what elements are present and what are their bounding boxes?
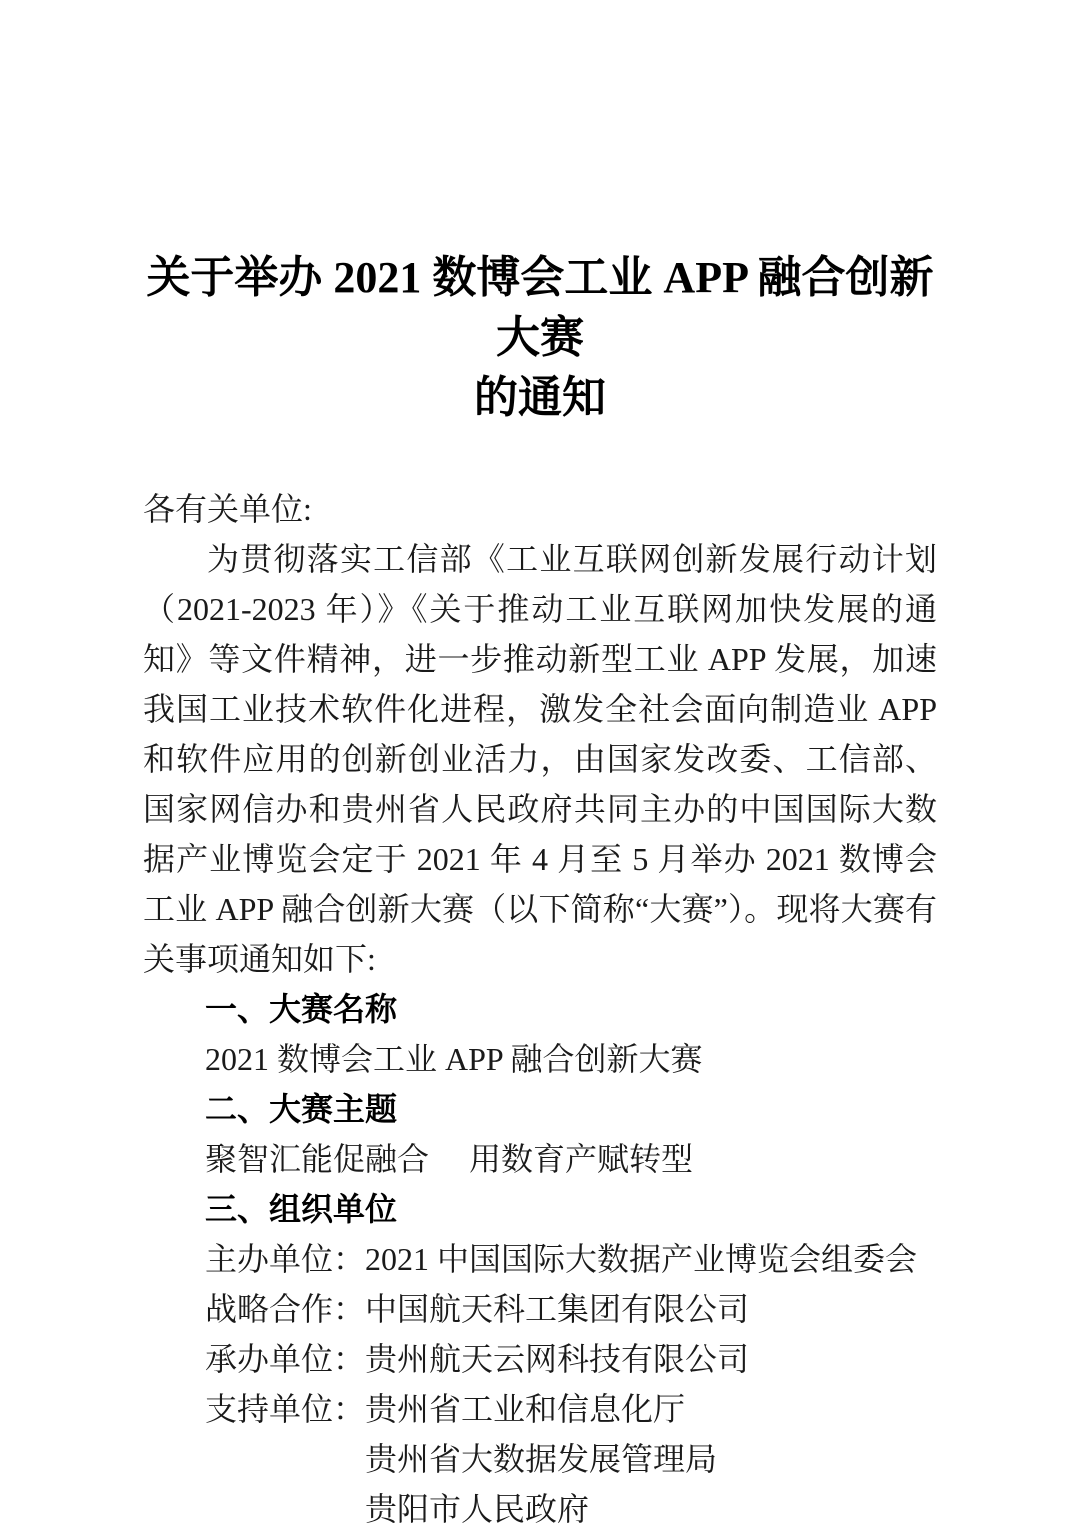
title-line-1: 关于举办 2021 数博会工业 APP 融合创新大赛 — [143, 248, 937, 368]
organizer-row-host: 主办单位： 2021 中国国际大数据产业博览会组委会 — [143, 1234, 937, 1284]
intro-paragraph: 为贯彻落实工信部《工业互联网创新发展行动计划（2021-2023 年）》《关于推… — [143, 534, 937, 984]
section-2-heading: 二、大赛主题 — [143, 1084, 937, 1134]
organizer-row-strategic: 战略合作： 中国航天科工集团有限公司 — [143, 1284, 937, 1334]
organizer-label: 战略合作： — [205, 1284, 365, 1334]
organizer-label: 承办单位： — [205, 1334, 365, 1384]
organizer-row-support-1: 支持单位： 贵州省工业和信息化厅 — [143, 1384, 937, 1434]
document-title: 关于举办 2021 数博会工业 APP 融合创新大赛 的通知 — [143, 248, 937, 428]
organizer-value: 贵州省工业和信息化厅 — [365, 1384, 937, 1434]
section-2-content: 聚智汇能促融合 用数育产赋转型 — [143, 1134, 937, 1184]
document-body: 各有关单位: 为贯彻落实工信部《工业互联网创新发展行动计划（2021-2023 … — [143, 484, 937, 1527]
section-1-heading: 一、大赛名称 — [143, 984, 937, 1034]
organizer-row-support-3: 贵阳市人民政府 — [143, 1484, 937, 1527]
organizer-label: 主办单位： — [205, 1234, 365, 1284]
organizer-label: 支持单位： — [205, 1384, 365, 1434]
organizer-value: 贵阳市人民政府 — [365, 1484, 937, 1527]
organizer-value: 2021 中国国际大数据产业博览会组委会 — [365, 1234, 937, 1284]
section-3-heading: 三、组织单位 — [143, 1184, 937, 1234]
organizer-row-undertaker: 承办单位： 贵州航天云网科技有限公司 — [143, 1334, 937, 1384]
section-1-content: 2021 数博会工业 APP 融合创新大赛 — [143, 1034, 937, 1084]
organizer-value: 贵州省大数据发展管理局 — [365, 1434, 937, 1484]
document-page: 关于举办 2021 数博会工业 APP 融合创新大赛 的通知 各有关单位: 为贯… — [0, 0, 1080, 1527]
organizer-label — [205, 1434, 365, 1484]
organizer-value: 贵州航天云网科技有限公司 — [365, 1334, 937, 1384]
title-line-2: 的通知 — [143, 368, 937, 428]
organizer-label — [205, 1484, 365, 1527]
organizer-value: 中国航天科工集团有限公司 — [365, 1284, 937, 1334]
organizer-row-support-2: 贵州省大数据发展管理局 — [143, 1434, 937, 1484]
salutation: 各有关单位: — [143, 484, 937, 534]
